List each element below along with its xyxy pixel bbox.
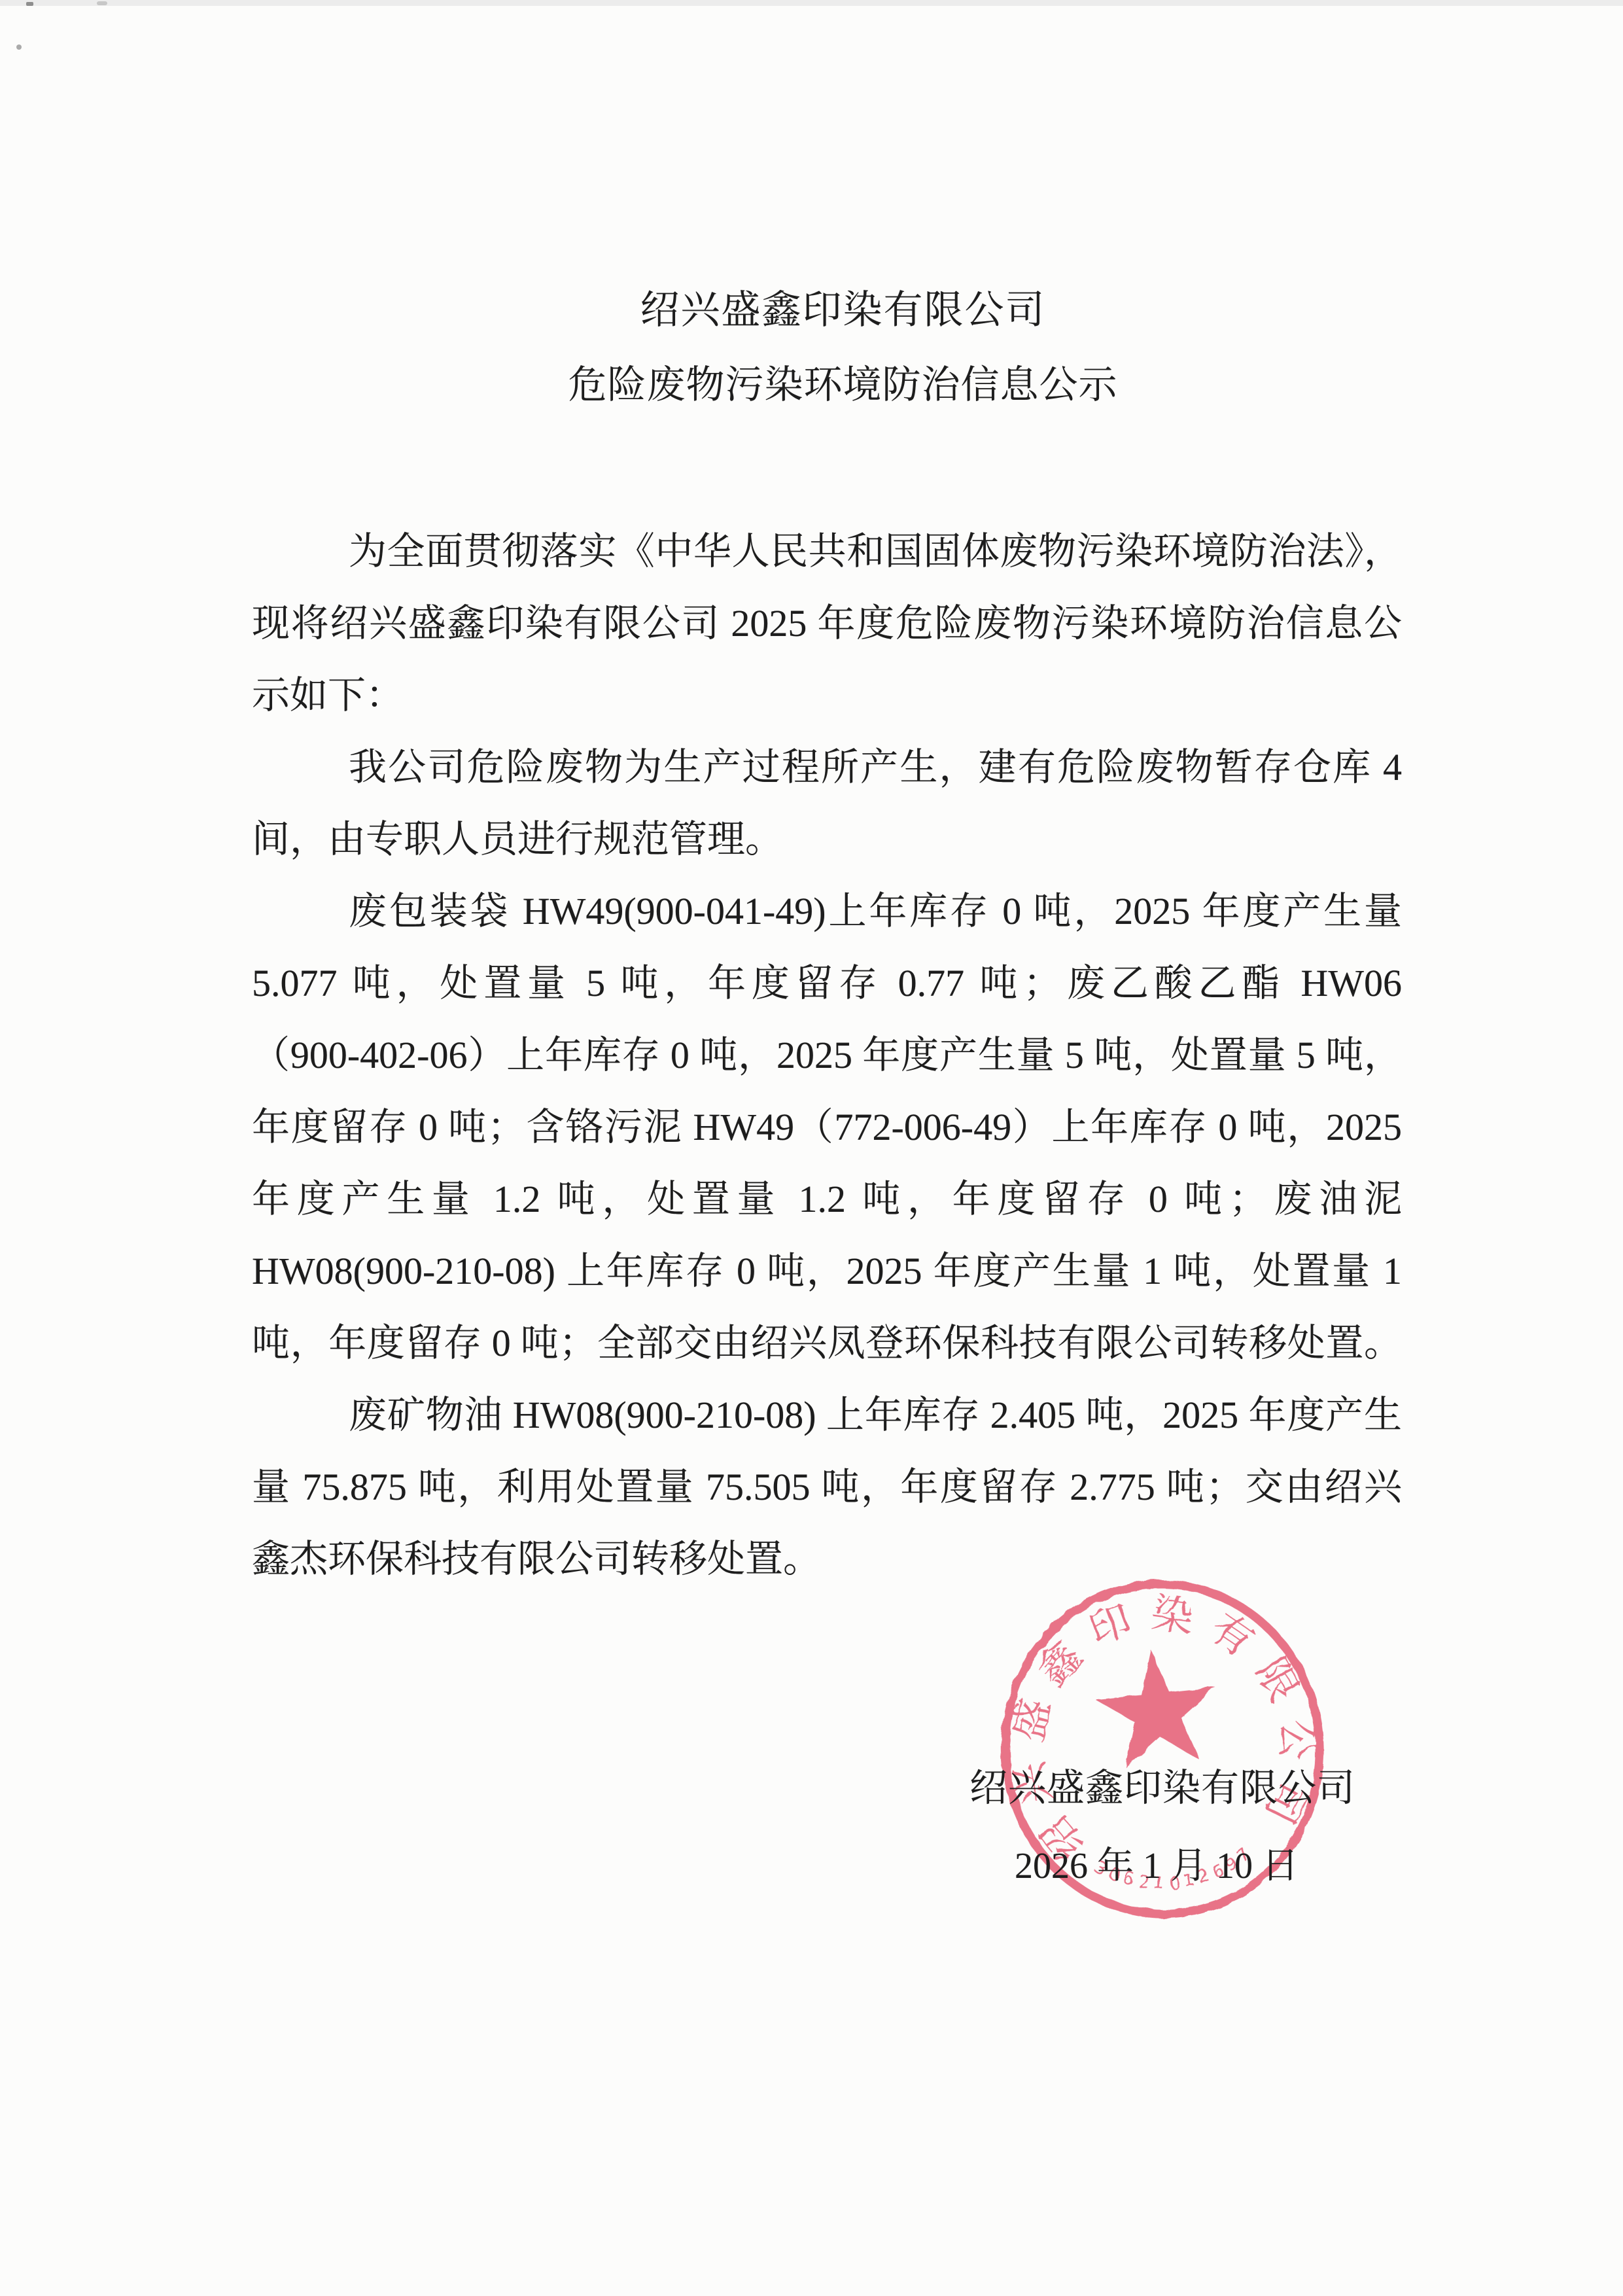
body-line: 5.077 吨，处置量 5 吨，年度留存 0.77 吨；废乙酸乙酯 HW06 — [252, 947, 1402, 1019]
body-line: 我公司危险废物为生产过程所产生，建有危险废物暂存仓库 4 — [252, 732, 1402, 804]
signature-company: 绍兴盛鑫印染有限公司 — [969, 1767, 1355, 1810]
scan-speck — [16, 44, 22, 50]
body-line: （900-402-06）上年库存 0 吨，2025 年度产生量 5 吨，处置量 … — [252, 1019, 1402, 1091]
body-line: 年度产生量 1.2 吨，处置量 1.2 吨，年度留存 0 吨；废油泥 — [252, 1163, 1402, 1235]
body-line: 间，由专职人员进行规范管理。 — [252, 804, 1402, 875]
document-page: 绍兴盛鑫印染有限公司 危险废物污染环境防治信息公示 为全面贯彻落实《中华人民共和… — [0, 0, 1623, 2296]
scan-speck — [97, 1, 107, 5]
seal-star-icon — [1091, 1643, 1223, 1770]
body-line: 量 75.875 吨，利用处置量 75.505 吨，年度留存 2.775 吨；交… — [252, 1451, 1402, 1523]
body-line: 废包装袋 HW49(900-041-49)上年库存 0 吨，2025 年度产生量 — [252, 875, 1402, 947]
page-subtitle: 危险废物污染环境防治信息公示 — [63, 361, 1623, 408]
document-body: 为全面贯彻落实《中华人民共和国固体废物污染环境防治法》，现将绍兴盛鑫印染有限公司… — [252, 516, 1402, 1595]
body-line: 年度留存 0 吨；含铬污泥 HW49（772-006-49）上年库存 0 吨，2… — [252, 1091, 1402, 1163]
body-line: 废矿物油 HW08(900-210-08) 上年库存 2.405 吨，2025 … — [252, 1379, 1402, 1451]
body-line: 现将绍兴盛鑫印染有限公司 2025 年度危险废物污染环境防治信息公 — [252, 588, 1402, 660]
body-line: 为全面贯彻落实《中华人民共和国固体废物污染环境防治法》， — [252, 516, 1402, 588]
scan-edge-artifact — [0, 0, 1623, 6]
body-line: 示如下： — [252, 660, 1402, 732]
body-line: 吨，年度留存 0 吨；全部交由绍兴凤登环保科技有限公司转移处置。 — [252, 1307, 1402, 1379]
scan-speck — [26, 2, 33, 6]
signature-date: 2026 年 1 月 10 日 — [1015, 1845, 1299, 1887]
page-title: 绍兴盛鑫印染有限公司 — [63, 287, 1623, 334]
body-line: HW08(900-210-08) 上年库存 0 吨，2025 年度产生量 1 吨… — [252, 1235, 1402, 1307]
